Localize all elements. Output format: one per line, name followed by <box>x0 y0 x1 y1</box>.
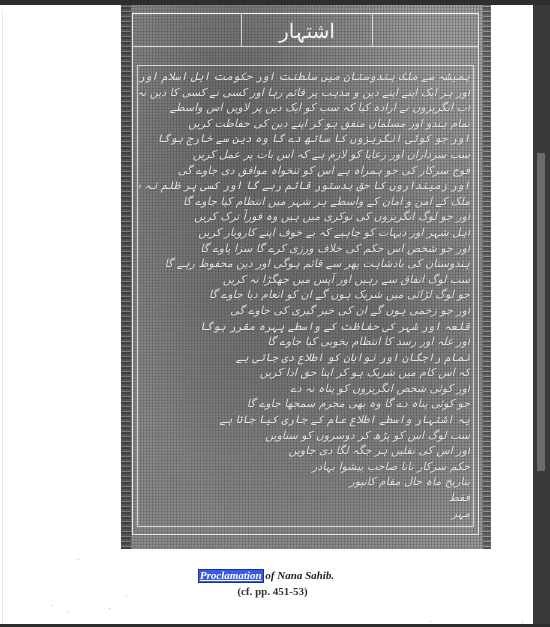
title-rule-bottom <box>132 46 478 47</box>
manuscript-line: سب لوگ اس کو پڑھ کر دوسروں کو سناویں <box>139 428 470 444</box>
manuscript-line: اب انگریزوں نے ارادہ کیا کہ سب کو ایک دی… <box>139 100 470 116</box>
figure-caption: Proclamation of Nana Sahib. (cf. pp. 451… <box>0 570 533 598</box>
manuscript-line: فقط <box>139 490 470 506</box>
manuscript-line: اور جو شخص اس حکم کی خلاف ورزی کرے گا سز… <box>139 241 470 257</box>
manuscript-line: اور جو لوگ انگریزوں کی نوکری میں ہیں وہ … <box>139 209 470 225</box>
document-viewport[interactable]: اشتہار ہمیشہ سے ملک ہندوستان میں سلطنت ا… <box>0 5 533 624</box>
scan-speck <box>78 559 79 560</box>
scrollbar-thumb[interactable] <box>537 153 545 471</box>
scan-speck <box>126 595 127 596</box>
manuscript-line: کہ اس کام میں شریک ہو کر اپنا حق ادا کری… <box>139 365 470 381</box>
vertical-scrollbar[interactable] <box>533 5 550 624</box>
scan-speck <box>109 608 110 609</box>
manuscript-line: اور جو کوئی انگریزوں کا ساتھ دے گا وہ دی… <box>139 131 470 147</box>
scan-speck <box>522 622 523 623</box>
manuscript-line: یہ اشتہار واسطے اطلاع عام کے جاری کیا جا… <box>139 412 470 428</box>
manuscript-line: جو کوئی پناہ دے گا وہ بھی مجرم سمجھا جاو… <box>139 396 470 412</box>
manuscript-line: تمام راجگان اور نوابان کو اطلاع دی جاتی … <box>139 350 470 366</box>
scan-left-edge <box>121 5 131 549</box>
manuscript-line: ہمیشہ سے ملک ہندوستان میں سلطنت اور حکوم… <box>139 69 470 85</box>
scan-speck <box>430 621 431 622</box>
manuscript-line: مہر <box>139 506 470 522</box>
manuscript-line: سب لوگ اتفاق سے رہیں اور آپس میں جھگڑا ن… <box>139 272 470 288</box>
manuscript-line: تمام ہندو اور مسلمان متفق ہو کر اپنے دین… <box>139 116 470 132</box>
manuscript-line: ملک کے امن و امان کے واسطے ہر شہر میں ان… <box>139 194 470 210</box>
scan-speck <box>67 612 68 613</box>
manuscript-line: حکم سرکار نانا صاحب پیشوا بہادر <box>139 459 470 475</box>
manuscript-line: ہندوستان کی بادشاہت پھر سے قائم ہوگی اور… <box>139 256 470 272</box>
manuscript-line: اور جو زخمی ہوں گے ان کی خبر گیری کی جاو… <box>139 303 470 319</box>
manuscript-title: اشتہار <box>242 19 372 43</box>
caption-page-reference: (cf. pp. 451-53) <box>0 586 533 598</box>
caption-title-rest: of Nana Sahib. <box>263 570 335 582</box>
manuscript-title-box: اشتہار <box>241 13 373 46</box>
manuscript-line: اور ہر ایک اپنے اپنے دین و مذہب پر قائم … <box>139 85 470 101</box>
page-edge <box>2 10 3 624</box>
search-highlight[interactable]: Proclamation <box>199 570 263 582</box>
manuscript-line: فوج سرکار کی جو ہمراہ ہے اس کو تنخواہ مو… <box>139 163 470 179</box>
manuscript-text-block: ہمیشہ سے ملک ہندوستان میں سلطنت اور حکوم… <box>139 69 470 519</box>
manuscript-line: اور غلہ اور رسد کا انتظام بخوبی کیا جاوے… <box>139 334 470 350</box>
manuscript-line: اہل شہر اور دیہات کو چاہیے کہ بے خوف اپن… <box>139 225 470 241</box>
manuscript-line: سب سرداران اور رعایا کو لازم ہے کہ اس با… <box>139 147 470 163</box>
scan-right-edge <box>483 5 491 549</box>
scanned-proclamation-image: اشتہار ہمیشہ سے ملک ہندوستان میں سلطنت ا… <box>121 5 491 549</box>
manuscript-line: قلعہ اور شہر کی حفاظت کے واسطے پہرہ مقرر… <box>139 319 470 335</box>
scan-speck <box>52 605 53 606</box>
manuscript-line: جو لوگ لڑائی میں شریک ہوں گے ان کو انعام… <box>139 287 470 303</box>
manuscript-line: اور زمینداروں کا حق بدستور قائم رہے گا ا… <box>139 178 470 194</box>
manuscript-line: اور اس کی نقلیں ہر جگہ لگا دی جاویں <box>139 443 470 459</box>
caption-title: Proclamation of Nana Sahib. <box>0 570 533 582</box>
manuscript-line: بتاریخ ماہ حال مقام کانپور <box>139 474 470 490</box>
manuscript-line: اور کوئی شخص انگریزوں کو پناہ نہ دے <box>139 381 470 397</box>
